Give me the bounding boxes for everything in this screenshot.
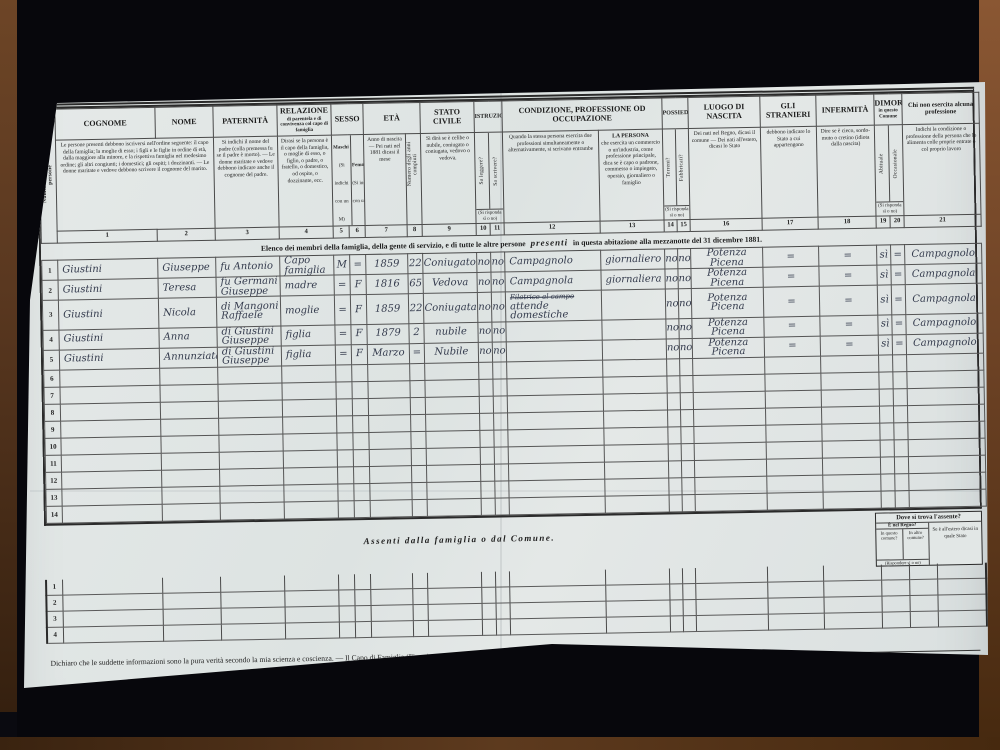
cell bbox=[669, 494, 682, 511]
cell: no bbox=[665, 249, 678, 269]
cell bbox=[338, 500, 354, 517]
stranieri-note: debbono indicare lo Stato a cui apparten… bbox=[760, 126, 818, 218]
cell bbox=[162, 486, 220, 504]
cell bbox=[879, 354, 893, 371]
cell bbox=[479, 396, 493, 413]
cell bbox=[880, 456, 894, 473]
possiede-note: Terreni? Fabbricati? (Si risponda sì o n… bbox=[662, 129, 690, 220]
cell bbox=[506, 340, 602, 362]
cell bbox=[603, 392, 667, 410]
stato-note: Si dirà se è celibe o nubile, coniugato … bbox=[420, 132, 476, 224]
cell: Giustini bbox=[58, 298, 159, 329]
cell bbox=[667, 392, 680, 409]
cell bbox=[893, 388, 907, 405]
cell bbox=[694, 442, 766, 460]
cell bbox=[880, 439, 894, 456]
cell bbox=[668, 409, 681, 426]
cell bbox=[893, 405, 907, 422]
cell bbox=[368, 397, 410, 415]
col-header-nome: NOME bbox=[155, 106, 214, 138]
cell bbox=[507, 394, 603, 413]
cell: = bbox=[891, 245, 905, 265]
cell bbox=[162, 469, 220, 487]
cell bbox=[219, 417, 283, 435]
cell bbox=[162, 503, 220, 521]
cell bbox=[907, 387, 984, 405]
cell bbox=[60, 385, 160, 404]
cell bbox=[426, 413, 480, 431]
cell: sì bbox=[878, 334, 892, 354]
cell: = bbox=[764, 316, 820, 337]
cell bbox=[937, 594, 986, 611]
cell bbox=[163, 608, 221, 625]
cell bbox=[694, 425, 766, 443]
cell: no bbox=[678, 289, 692, 319]
cell: = bbox=[892, 314, 906, 334]
eta-anno-note: Anno di nascitaPei nati nel 1881 dicasi … bbox=[363, 134, 407, 226]
cell bbox=[160, 384, 218, 402]
cell bbox=[670, 615, 683, 631]
cell bbox=[695, 476, 767, 494]
cell bbox=[410, 380, 425, 397]
cell: Capo famiglia bbox=[280, 255, 334, 276]
col-header-stranieri: GLI STRANIERI bbox=[760, 95, 817, 127]
cell: Coniugata bbox=[423, 292, 478, 322]
cell bbox=[605, 599, 669, 616]
cell bbox=[696, 614, 768, 631]
cell bbox=[881, 490, 895, 507]
cell: no bbox=[491, 272, 505, 292]
cell bbox=[426, 430, 480, 448]
cell bbox=[823, 564, 881, 581]
cell: no bbox=[666, 338, 679, 358]
cell: Giustini bbox=[59, 328, 159, 350]
cell bbox=[283, 467, 337, 485]
cell bbox=[336, 398, 352, 415]
cell bbox=[162, 592, 220, 609]
cell bbox=[495, 497, 509, 514]
cell bbox=[369, 431, 411, 449]
la-persona-note: LA PERSONAche esercita un commercio o un… bbox=[598, 129, 664, 221]
cell bbox=[766, 441, 822, 459]
cell: no bbox=[491, 252, 505, 272]
cell bbox=[493, 395, 507, 412]
row-number: 2 bbox=[46, 595, 62, 611]
cell: M bbox=[334, 255, 350, 275]
cell: sì bbox=[877, 245, 891, 265]
cell bbox=[682, 583, 695, 599]
cell: = bbox=[350, 254, 366, 274]
cell: di Giustini Giuseppe bbox=[217, 326, 281, 347]
cell bbox=[881, 564, 909, 580]
cell: Campagnola bbox=[505, 270, 601, 292]
cell bbox=[412, 482, 427, 499]
cell bbox=[283, 450, 337, 468]
cell bbox=[427, 571, 481, 587]
cell bbox=[411, 465, 426, 482]
cell: = bbox=[335, 344, 351, 364]
cell bbox=[694, 459, 766, 477]
cell bbox=[479, 362, 493, 379]
cell: no bbox=[492, 321, 506, 341]
cell: sì bbox=[877, 265, 891, 285]
row-number: 2 bbox=[42, 280, 58, 300]
cell bbox=[683, 615, 696, 631]
row-number: 4 bbox=[47, 627, 63, 643]
cell: Potenza Picena bbox=[691, 267, 763, 288]
cell: no bbox=[665, 289, 679, 319]
cell bbox=[219, 451, 283, 469]
cell bbox=[410, 363, 425, 380]
cell bbox=[879, 371, 893, 388]
cell bbox=[766, 407, 822, 425]
cell: = bbox=[763, 246, 819, 267]
cell: Giustini bbox=[59, 348, 159, 370]
cell bbox=[907, 404, 984, 422]
cell: = bbox=[820, 335, 878, 356]
cell bbox=[353, 449, 369, 466]
sesso-note: Maschi(Si indichi con un M) Femmine(Si i… bbox=[331, 135, 365, 227]
cell: Potenza Picena bbox=[691, 247, 763, 268]
cell bbox=[284, 590, 338, 607]
cell: Annunziata bbox=[159, 347, 217, 368]
col-header-relazione: RELAZIONEdi parentela e di convivenza co… bbox=[277, 104, 332, 136]
cell bbox=[603, 375, 667, 393]
cell bbox=[282, 365, 336, 383]
cell bbox=[62, 504, 162, 523]
cell: no bbox=[679, 338, 692, 358]
cell: no bbox=[678, 269, 691, 289]
cell bbox=[938, 610, 987, 627]
cell bbox=[879, 388, 893, 405]
cell bbox=[412, 572, 427, 588]
cell: Vedova bbox=[423, 272, 477, 293]
cell bbox=[220, 502, 284, 520]
cell bbox=[411, 414, 426, 431]
cell bbox=[909, 563, 937, 579]
row-number: 1 bbox=[46, 579, 62, 595]
cell: Potenza Picena bbox=[692, 337, 764, 358]
cell: = bbox=[335, 324, 351, 344]
cell bbox=[370, 588, 412, 605]
cell bbox=[339, 605, 355, 621]
cell bbox=[494, 446, 508, 463]
cell bbox=[282, 399, 336, 417]
cell bbox=[695, 566, 767, 583]
cell: Filatrice al campoattende domestiche bbox=[505, 290, 602, 321]
cell: Teresa bbox=[158, 277, 216, 298]
cell: fu Antonio bbox=[216, 256, 280, 277]
cell bbox=[507, 377, 603, 396]
row-number: 6 bbox=[44, 370, 60, 387]
cell: 22 bbox=[408, 253, 423, 273]
cell bbox=[881, 579, 909, 596]
cell bbox=[493, 378, 507, 395]
cell: no bbox=[666, 318, 679, 338]
cell bbox=[425, 396, 479, 414]
cell bbox=[482, 603, 496, 619]
cell bbox=[509, 496, 605, 515]
assenti-title: Assenti dalla famiglia o dal Comune. bbox=[44, 526, 874, 551]
paternita-note: Si indichi il nome del padre (colla prem… bbox=[213, 136, 279, 228]
cell bbox=[411, 448, 426, 465]
cell: Campagnola bbox=[905, 283, 983, 314]
col-header-condizione: CONDIZIONE, PROFESSIONE OD OCCUPAZIONE bbox=[502, 98, 663, 132]
cell bbox=[494, 412, 508, 429]
cell: no bbox=[477, 272, 491, 292]
cognome-note: Le persone presenti debbono iscriversi n… bbox=[55, 137, 215, 231]
cell bbox=[427, 498, 481, 516]
cell bbox=[60, 368, 160, 387]
cell: Campagnolo bbox=[906, 333, 983, 354]
cell bbox=[767, 492, 823, 510]
chi-non-esercita-note: Indichi la condizione o professione dell… bbox=[902, 123, 981, 215]
cell bbox=[284, 484, 338, 502]
cell bbox=[823, 596, 881, 613]
cell bbox=[284, 574, 338, 590]
cell: moglie bbox=[280, 295, 335, 325]
cell bbox=[907, 353, 984, 371]
cell bbox=[682, 477, 695, 494]
cell bbox=[909, 595, 937, 612]
cell bbox=[510, 617, 606, 635]
wood-frame-bottom bbox=[0, 737, 1000, 750]
cell bbox=[337, 432, 353, 449]
cell: no bbox=[477, 252, 491, 272]
cell bbox=[681, 426, 694, 443]
row-number: 9 bbox=[45, 421, 61, 438]
col-header-istruzione: ISTRUZIONE bbox=[474, 101, 503, 133]
cell bbox=[766, 458, 822, 476]
cell bbox=[221, 607, 285, 624]
cell bbox=[894, 422, 908, 439]
cell: = bbox=[409, 343, 424, 363]
cell: = bbox=[763, 266, 819, 287]
row-number: 12 bbox=[46, 472, 62, 489]
cell bbox=[669, 583, 682, 599]
cell bbox=[604, 409, 668, 427]
cell bbox=[370, 482, 412, 500]
cell bbox=[894, 439, 908, 456]
cell: F bbox=[351, 324, 367, 344]
cell bbox=[667, 375, 680, 392]
cell bbox=[693, 391, 765, 409]
eta-anni-note: Numero degli anni compiuti bbox=[405, 133, 422, 224]
cell: 65 bbox=[408, 273, 423, 293]
col-header-luogo-nascita: LUOGO DI NASCITA bbox=[688, 96, 761, 128]
cell bbox=[218, 366, 282, 384]
cell bbox=[337, 466, 353, 483]
cell: Giustini bbox=[58, 278, 158, 300]
cell bbox=[669, 477, 682, 494]
cell bbox=[284, 501, 338, 519]
cell bbox=[480, 464, 494, 481]
cell bbox=[354, 483, 370, 500]
cell: 22 bbox=[408, 293, 424, 323]
row-number: 1 bbox=[42, 260, 58, 280]
cell bbox=[822, 406, 880, 424]
cell bbox=[605, 477, 669, 495]
cell bbox=[605, 568, 669, 585]
row-number: 3 bbox=[47, 611, 63, 627]
cell bbox=[682, 494, 695, 511]
cell bbox=[681, 460, 694, 477]
family-members-rows: 1GiustiniGiuseppefu AntonioCapo famiglia… bbox=[42, 243, 987, 523]
cell bbox=[368, 363, 410, 381]
cell: = bbox=[891, 265, 905, 285]
cell bbox=[339, 621, 355, 637]
cell bbox=[336, 364, 352, 381]
cell bbox=[496, 602, 510, 618]
dimora-note: Abituale Occasionale (Si risponda sì o n… bbox=[874, 125, 904, 216]
cell bbox=[336, 381, 352, 398]
cell bbox=[355, 621, 371, 637]
cell bbox=[480, 430, 494, 447]
cell: Campagnolo bbox=[905, 243, 982, 264]
cell bbox=[479, 379, 493, 396]
cell bbox=[680, 358, 693, 375]
cell bbox=[481, 498, 495, 515]
cell bbox=[606, 615, 670, 632]
cell bbox=[895, 490, 909, 507]
cell bbox=[425, 379, 479, 397]
cell bbox=[426, 447, 480, 465]
cell bbox=[908, 455, 985, 473]
cell bbox=[283, 433, 337, 451]
cell bbox=[160, 401, 218, 419]
cell bbox=[481, 481, 495, 498]
cell: = bbox=[334, 275, 350, 295]
cell: = bbox=[763, 286, 820, 317]
cell bbox=[508, 445, 604, 464]
cell: no bbox=[478, 342, 492, 362]
cell bbox=[681, 443, 694, 460]
condizione-note: Quando la stessa persona esercita due pr… bbox=[502, 130, 600, 223]
cell bbox=[220, 575, 284, 592]
cell bbox=[881, 473, 895, 490]
cell bbox=[937, 578, 986, 595]
cell bbox=[338, 483, 354, 500]
cell bbox=[496, 618, 510, 634]
cell: no bbox=[492, 341, 506, 361]
cell bbox=[160, 367, 218, 385]
cell: Nubile bbox=[424, 342, 478, 363]
cell bbox=[893, 371, 907, 388]
cell bbox=[370, 573, 412, 589]
col-header-dimora: DIMORAin questo Comune bbox=[874, 94, 903, 126]
cell bbox=[821, 355, 879, 373]
cell: sì bbox=[878, 314, 892, 334]
cell bbox=[909, 489, 986, 507]
cell: = bbox=[892, 334, 906, 354]
cell bbox=[893, 354, 907, 371]
cell bbox=[285, 606, 339, 623]
cell: giornaliero bbox=[601, 249, 665, 270]
cell bbox=[881, 595, 909, 612]
dove-si-trova-assente-box: Dove si trova l'assente? È nel Regno? In… bbox=[875, 510, 983, 566]
cell: giornaliera bbox=[601, 269, 665, 290]
cell bbox=[412, 588, 427, 604]
cell bbox=[695, 493, 767, 511]
relazione-note: Dirasi se la persona è il capo della fam… bbox=[277, 135, 333, 227]
cell bbox=[370, 499, 412, 517]
cell bbox=[680, 375, 693, 392]
cell bbox=[909, 579, 937, 596]
cell bbox=[162, 576, 220, 593]
cell bbox=[338, 589, 354, 605]
cell: no bbox=[491, 292, 506, 322]
row-number: 8 bbox=[44, 404, 60, 421]
cell bbox=[602, 338, 666, 359]
cell bbox=[680, 392, 693, 409]
cell bbox=[221, 623, 285, 640]
cell: Campagnolo bbox=[906, 313, 983, 334]
cell bbox=[62, 593, 162, 611]
infermita-note: Dire se è cieco, sordo-muto o cretino (i… bbox=[816, 125, 876, 217]
cell bbox=[428, 619, 482, 636]
cell bbox=[353, 432, 369, 449]
cell: F bbox=[350, 294, 367, 324]
cell: F bbox=[351, 344, 367, 364]
cell bbox=[669, 599, 682, 615]
cell bbox=[765, 356, 821, 374]
row-number: 3 bbox=[42, 300, 59, 330]
cell bbox=[508, 428, 604, 447]
cell bbox=[506, 320, 602, 342]
luogo-note: Dei nati nel Regno, dicasi il comuneDei … bbox=[688, 127, 762, 219]
cell bbox=[285, 622, 339, 639]
cell bbox=[822, 457, 880, 475]
cell: di Giustini Giuseppe bbox=[217, 346, 281, 367]
wood-frame-left bbox=[0, 0, 17, 712]
cell bbox=[894, 456, 908, 473]
row-number: 10 bbox=[45, 438, 61, 455]
cell bbox=[668, 426, 681, 443]
row-number: 7 bbox=[44, 387, 60, 404]
cell bbox=[765, 390, 821, 408]
cell bbox=[822, 423, 880, 441]
cell bbox=[426, 464, 480, 482]
row-number: 5 bbox=[43, 350, 59, 370]
cell bbox=[508, 411, 604, 430]
cell: = bbox=[891, 285, 906, 315]
cell bbox=[482, 619, 496, 635]
cell bbox=[823, 491, 881, 509]
cell bbox=[425, 362, 479, 380]
cell bbox=[602, 318, 666, 339]
cell bbox=[895, 473, 909, 490]
cell bbox=[509, 479, 605, 498]
cell bbox=[337, 449, 353, 466]
cell bbox=[765, 373, 821, 391]
cell bbox=[668, 460, 681, 477]
cell bbox=[352, 381, 368, 398]
cell: fu Germani Giuseppe bbox=[216, 276, 280, 297]
cell bbox=[161, 418, 219, 436]
cell bbox=[283, 416, 337, 434]
cell bbox=[62, 470, 162, 489]
row-number: 14 bbox=[46, 506, 62, 523]
cell: 1859 bbox=[366, 254, 408, 275]
cell bbox=[495, 586, 509, 602]
cell: = bbox=[334, 295, 351, 325]
cell bbox=[413, 604, 428, 620]
istruzione-note: Sa leggere? Sa scrivere? (Si risponda sì… bbox=[474, 132, 504, 223]
cell bbox=[61, 436, 161, 455]
cell: figlia bbox=[281, 325, 335, 346]
cell: = bbox=[819, 285, 878, 316]
cell bbox=[427, 481, 481, 499]
